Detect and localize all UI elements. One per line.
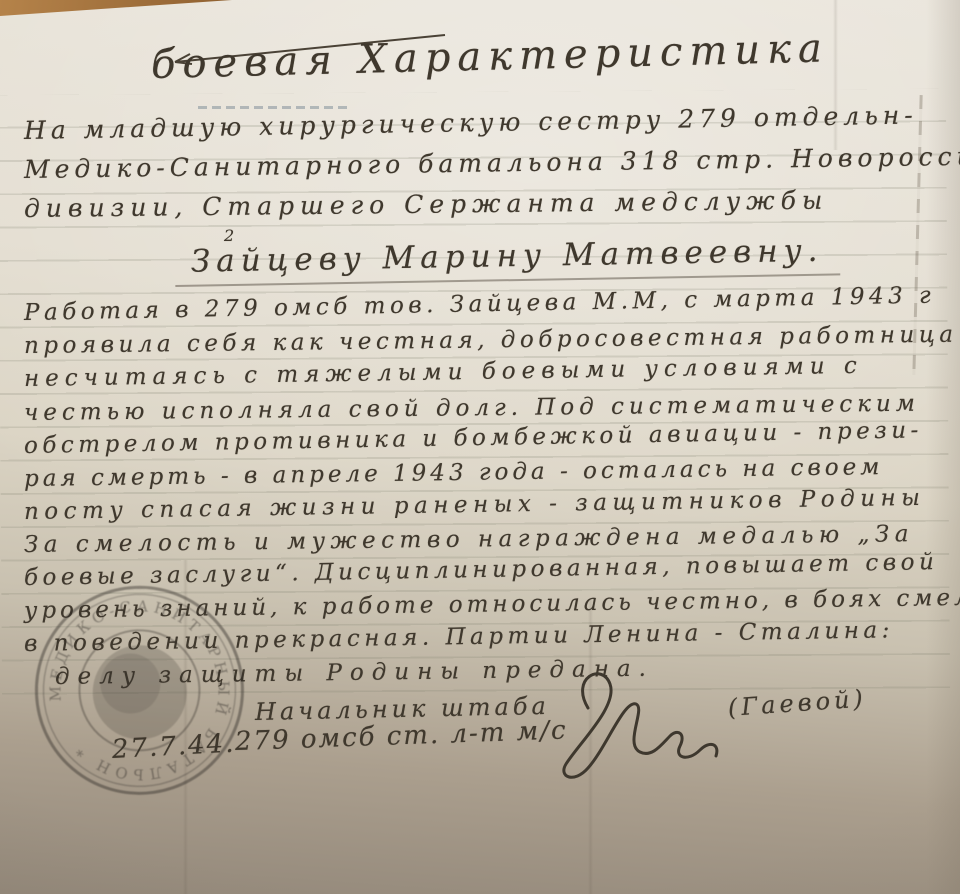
round-seal-stamp: МЕДИКО-САНИТАРНЫЙ БАТАЛЬОН *	[0, 554, 284, 835]
signature-flourish	[540, 660, 750, 795]
photo-of-document: боевая Характеристика На младшую хирурги…	[0, 0, 960, 894]
pencil-underline-mark	[198, 106, 348, 109]
paper-right-shading	[926, 0, 960, 894]
